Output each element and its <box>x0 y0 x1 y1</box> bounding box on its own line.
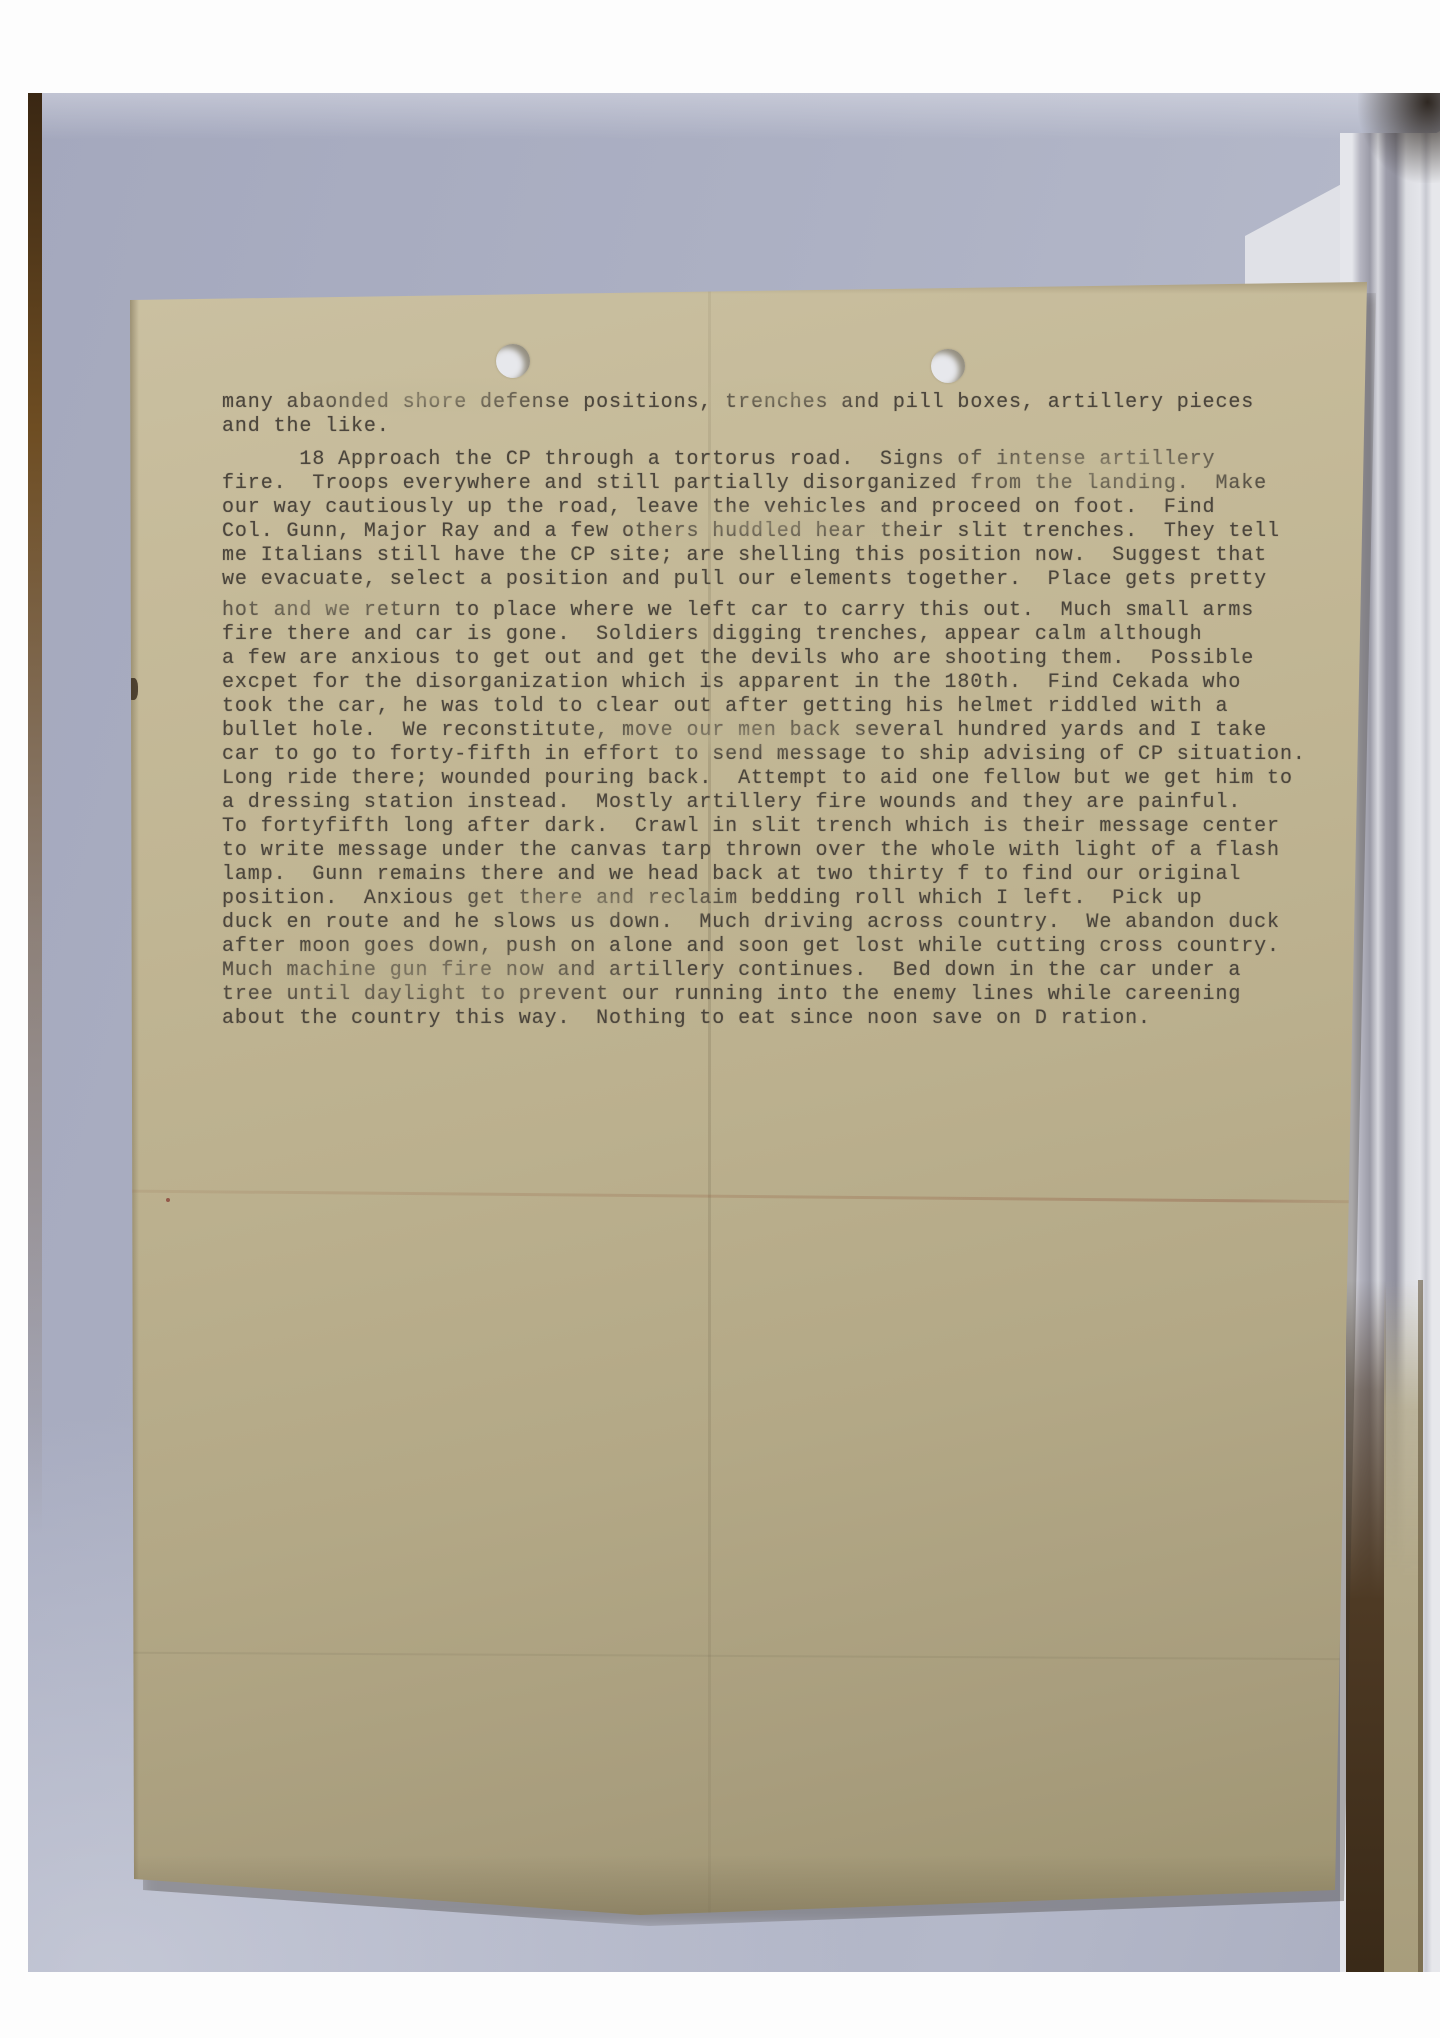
text-line: after moon goes down, push on alone and … <box>222 935 1352 959</box>
text-line: a few are anxious to get out and get the… <box>222 647 1352 671</box>
text-line: fire. Troops everywhere and still partia… <box>222 472 1352 496</box>
text-line: excpet for the disorganization which is … <box>222 671 1352 695</box>
text-line: Much machine gun fire now and artillery … <box>222 959 1352 983</box>
text-line: position. Anxious get there and reclaim … <box>222 887 1352 911</box>
horizontal-fold-crease-lower <box>130 1652 1367 1660</box>
text-line: me Italians still have the CP site; are … <box>222 544 1352 568</box>
photograph-of-document: many abaonded shore defense positions, t… <box>28 93 1440 1972</box>
torn-edge-notch <box>128 678 138 700</box>
text-line: our way cautiously up the road, leave th… <box>222 496 1352 520</box>
text-line: tree until daylight to prevent our runni… <box>222 983 1352 1007</box>
paper-edge-shade-top <box>130 282 1367 294</box>
photo-left-edge-shadow <box>28 93 42 1613</box>
text-line: a dressing station instead. Mostly artil… <box>222 791 1352 815</box>
underlying-page-stack <box>1384 1280 1423 1972</box>
scanned-page: many abaonded shore defense positions, t… <box>0 0 1440 2038</box>
text-line: Long ride there; wounded pouring back. A… <box>222 767 1352 791</box>
photo-top-highlight <box>28 93 1440 139</box>
text-line: bullet hole. We reconstitute, move our m… <box>222 719 1352 743</box>
text-line: car to go to forty-fifth in effort to se… <box>222 743 1352 767</box>
typed-text-block: many abaonded shore defense positions, t… <box>222 391 1352 1031</box>
text-line: To fortyfifth long after dark. Crawl in … <box>222 815 1352 839</box>
horizontal-fold-crease <box>130 1190 1367 1204</box>
text-line: duck en route and he slows us down. Much… <box>222 911 1352 935</box>
text-line: lamp. Gunn remains there and we head bac… <box>222 863 1352 887</box>
photo-corner-smudge <box>1358 93 1440 183</box>
paper-speck <box>166 1198 170 1202</box>
punch-hole-left <box>496 344 530 378</box>
text-line: about the country this way. Nothing to e… <box>222 1007 1352 1031</box>
punch-hole-right <box>931 349 965 383</box>
text-line: we evacuate, select a position and pull … <box>222 568 1352 592</box>
text-line: took the car, he was told to clear out a… <box>222 695 1352 719</box>
text-line: many abaonded shore defense positions, t… <box>222 391 1352 415</box>
text-line: fire there and car is gone. Soldiers dig… <box>222 623 1352 647</box>
text-line: 18 Approach the CP through a tortorus ro… <box>222 448 1352 472</box>
text-line: Col. Gunn, Major Ray and a few others hu… <box>222 520 1352 544</box>
text-line: to write message under the canvas tarp t… <box>222 839 1352 863</box>
text-line: hot and we return to place where we left… <box>222 599 1352 623</box>
text-line: and the like. <box>222 415 1352 439</box>
diary-sheet: many abaonded shore defense positions, t… <box>130 282 1367 1915</box>
